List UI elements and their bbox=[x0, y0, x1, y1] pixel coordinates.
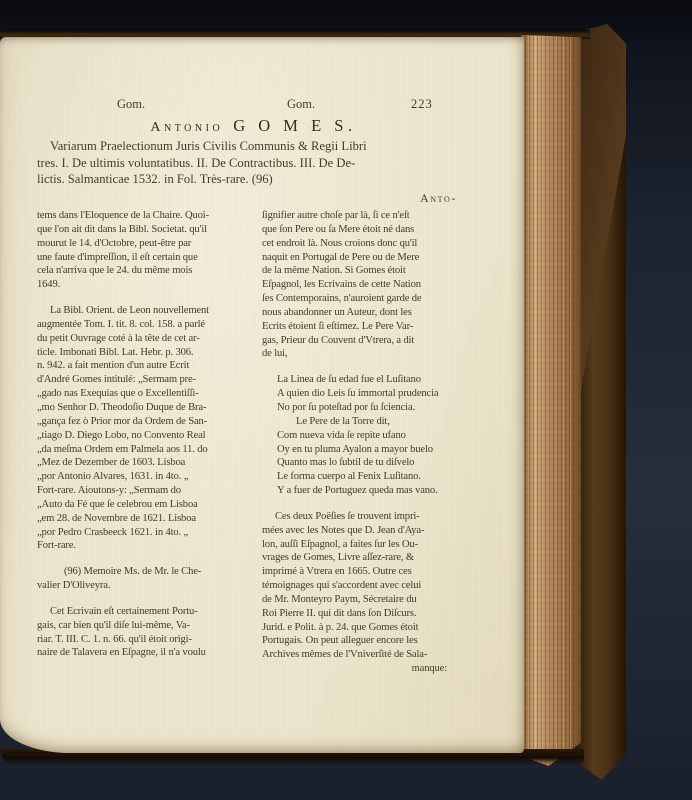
text-line: vrages de Gomes, Livre aſſez-rare, & bbox=[262, 551, 473, 565]
text-line: Portugais. On peut alleguer encore les bbox=[262, 634, 473, 648]
article-title: AntonioG O M E S. bbox=[37, 116, 470, 136]
text-line: „Auto da Fé que ſe celebrou em Lisboa bbox=[37, 498, 248, 512]
text-columns: tems dans l'Eloquence de la Chaire. Quoi… bbox=[37, 209, 473, 676]
text-line: n. 942. a fait mention d'un autre Ecrit bbox=[37, 359, 248, 373]
text-line: „Mez de Dezember de 1603. Lisboa bbox=[37, 456, 248, 470]
text-line: Le Pere de la Torre dit, bbox=[296, 415, 473, 429]
text-line: Eſpagnol, les Ecrivains de cette Nation bbox=[262, 278, 473, 292]
text-line: Le forma cuerpo al Fenix Luſitano. bbox=[277, 470, 473, 484]
text-line: imprimé à Vtrera en 1665. Outre ces bbox=[262, 565, 473, 579]
intro-line: Variarum Praelectionum Juris Civilis Com… bbox=[37, 138, 473, 155]
text-line: Archives mêmes de l'Vniverſité de Sala- bbox=[262, 648, 473, 662]
text-line: de lui, bbox=[262, 347, 473, 361]
intro-paragraph: Variarum Praelectionum Juris Civilis Com… bbox=[37, 138, 473, 188]
text-line: une faute d'impreſſion, il eſt certain q… bbox=[37, 251, 248, 265]
text-line: de la même Nation. Si Gomes étoit bbox=[262, 264, 473, 278]
text-line: „por Antonio Alvares, 1631. in 4to. „ bbox=[37, 470, 248, 484]
text-line: riar. T. III. C. 1. n. 66. qu'il étoit o… bbox=[37, 633, 248, 647]
text-line: Ces deux Poëſies ſe trouvent impri- bbox=[262, 510, 473, 524]
text-line: gas, Prieur du Couvent d'Vtrera, a dit bbox=[262, 334, 473, 348]
text-line: que l'on ait dit dans la Bibl. Societat.… bbox=[37, 223, 248, 237]
text-line: „mo Senhor D. Theodoſio Duque de Bra- bbox=[37, 401, 248, 415]
running-head-left: Gom. bbox=[117, 97, 145, 112]
text-line: Ecrits étoient ſi eſtimez. Le Pere Var- bbox=[262, 320, 473, 334]
text-line: Com nueva vida ſe repite ufano bbox=[277, 429, 473, 443]
text-line: „em 28. de Novembre de 1621. Lisboa bbox=[37, 512, 248, 526]
text-line: augmentée Tom. I. tit. 8. col. 158. a pa… bbox=[37, 318, 248, 332]
text-line: cet endroit là. Nous croions donc qu'il bbox=[262, 237, 473, 251]
text-line: cela n'arriva que le 24. du même mois bbox=[37, 264, 248, 278]
text-line: gais, car bien qu'il diſe lui-même, Va- bbox=[37, 619, 248, 633]
text-line: ſignifier autre choſe par là, ſi ce n'eſ… bbox=[262, 209, 473, 223]
text-line: Roi Pierre II. qui dit dans ſon Diſcurs. bbox=[262, 607, 473, 621]
book-page: Gom. Gom. 223 AntonioG O M E S. Variarum… bbox=[0, 37, 524, 753]
page-number: 223 bbox=[411, 97, 433, 112]
book-fore-edge bbox=[521, 35, 581, 766]
text-line: tems dans l'Eloquence de la Chaire. Quoi… bbox=[37, 209, 248, 223]
text-line: „da meſma Ordem em Palmela aos 11. do bbox=[37, 443, 248, 457]
intro-line: lictis. Salmanticae 1532. in Fol. Très-r… bbox=[37, 171, 473, 188]
text-line: que ſon Pere ou ſa Mere étoit né dans bbox=[262, 223, 473, 237]
catchword: Anto- bbox=[37, 191, 457, 206]
text-line: Y a fuer de Portuguez queda mas vano. bbox=[277, 484, 473, 498]
text-line: La Bibl. Orient. de Leon nouvellement bbox=[37, 304, 248, 318]
text-line: La Linea de ſu edad fue el Luſitano bbox=[277, 373, 473, 387]
text-line: „por Pedro Crasbeeck 1621. in 4to. „ bbox=[37, 526, 248, 540]
text-line: Jurid. e Polit. à p. 24. que Gomes étoit bbox=[262, 621, 473, 635]
text-line: Oy en tu pluma Ayalon a mayor buelo bbox=[277, 443, 473, 457]
text-line: Quanto mas lo ſubtil de tu diſvelo bbox=[277, 456, 473, 470]
running-head: Gom. Gom. 223 bbox=[37, 97, 470, 113]
text-line: No por ſu poteſtad por ſu ſciencia. bbox=[277, 401, 473, 415]
text-line: de Mr. Monteyro Paym, Sécretaire du bbox=[262, 593, 473, 607]
text-line: „gança fez ò Prior mor da Ordem de San- bbox=[37, 415, 248, 429]
text-line: naquit en Portugal de Pere ou de Mere bbox=[262, 251, 473, 265]
text-line: ſes Contemporains, n'auroient garde de bbox=[262, 292, 473, 306]
article-title-surname: G O M E S. bbox=[233, 116, 356, 135]
text-line: „tiago D. Diego Lobo, no Convento Real bbox=[37, 429, 248, 443]
text-line: Cet Ecrivain eſt certainement Portu- bbox=[37, 605, 248, 619]
text-line: manque: bbox=[262, 662, 447, 676]
text-line: mourut le 14. d'Octobre, peut-être par bbox=[37, 237, 248, 251]
article-title-forename: Antonio bbox=[150, 120, 223, 135]
text-line: 1649. bbox=[37, 278, 248, 292]
book-cover-board bbox=[576, 24, 626, 780]
text-line: (96) Memoire Ms. de Mr. le Che- bbox=[37, 565, 248, 579]
text-line: „gado nas Exequias que o Excellentiſſi- bbox=[37, 387, 248, 401]
text-line: témoignages qui s'accordent avec celui bbox=[262, 579, 473, 593]
text-line: Fort-rare. Aioutons-y: „Sermam do bbox=[37, 484, 248, 498]
text-line: naire de Talavera en Eſpagne, il n'a vou… bbox=[37, 646, 248, 660]
text-line: nous abandonner un Auteur, dont les bbox=[262, 306, 473, 320]
right-column: ſignifier autre choſe par là, ſi ce n'eſ… bbox=[262, 209, 473, 676]
text-line: d'André Gomes intitulé: „Sermam pre- bbox=[37, 373, 248, 387]
text-line: ticle. Imbonati Bibl. Lat. Hebr. p. 306. bbox=[37, 346, 248, 360]
text-line: A quien dio Leis ſu immortal prudencia bbox=[277, 387, 473, 401]
left-column: tems dans l'Eloquence de la Chaire. Quoi… bbox=[37, 209, 248, 676]
text-line: du petit Ouvrage coté à la tête de cet a… bbox=[37, 332, 248, 346]
photo-background: Gom. Gom. 223 AntonioG O M E S. Variarum… bbox=[0, 0, 692, 800]
text-line: Fort-rare. bbox=[37, 539, 248, 553]
running-head-center: Gom. bbox=[287, 97, 315, 112]
intro-line: tres. I. De ultimis voluntatibus. II. De… bbox=[37, 155, 473, 172]
text-line: valier D'Oliveyra. bbox=[37, 579, 248, 593]
text-line: mées avec les Notes que D. Jean d'Aya- bbox=[262, 524, 473, 538]
text-line: lon, auſſi Eſpagnol, a faites ſur les Ou… bbox=[262, 538, 473, 552]
